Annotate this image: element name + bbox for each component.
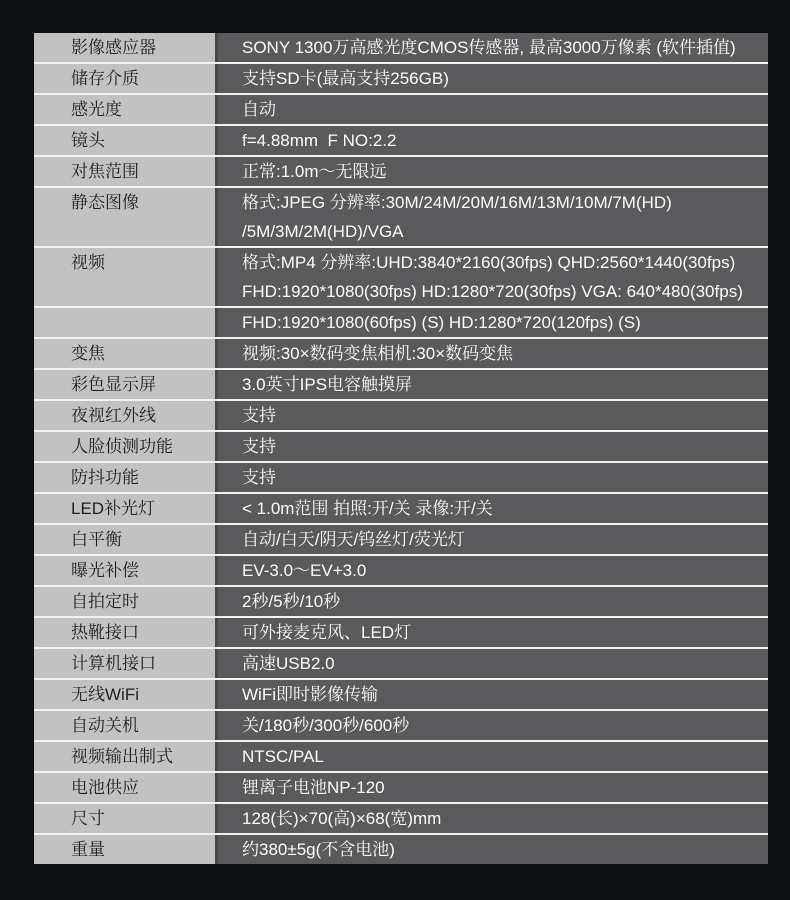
- spec-row: 感光度 自动: [34, 95, 768, 126]
- spec-row: 夜视红外线 支持: [34, 401, 768, 432]
- spec-label-cell: 重量: [34, 835, 215, 864]
- spec-value-cell: 可外接麦克风、LED灯: [215, 618, 768, 647]
- spec-label-cell: 镜头: [34, 126, 215, 155]
- spec-label-cell: 夜视红外线: [34, 401, 215, 430]
- spec-label-cell: [34, 308, 215, 337]
- spec-row: 电池供应 锂离子电池NP-120: [34, 773, 768, 804]
- spec-value-cell: 支持: [215, 463, 768, 492]
- spec-value-cell: 2秒/5秒/10秒: [215, 587, 768, 616]
- spec-value-cell: 自动: [215, 95, 768, 124]
- spec-value-cell: NTSC/PAL: [215, 742, 768, 771]
- spec-table: 影像感应器 SONY 1300万高感光度CMOS传感器, 最高3000万像素 (…: [34, 33, 768, 864]
- spec-label-cell: 尺寸: [34, 804, 215, 833]
- spec-value-cell: FHD:1920*1080(60fps) (S) HD:1280*720(120…: [215, 308, 768, 337]
- spec-value-cell: 128(长)×70(高)×68(宽)mm: [215, 804, 768, 833]
- spec-row: 变焦 视频:30×数码变焦相机:30×数码变焦: [34, 339, 768, 370]
- spec-value-cell: < 1.0m范围 拍照:开/关 录像:开/关: [215, 494, 768, 523]
- spec-value-cell: 自动/白天/阴天/钨丝灯/荧光灯: [215, 525, 768, 554]
- spec-row: LED补光灯 < 1.0m范围 拍照:开/关 录像:开/关: [34, 494, 768, 525]
- spec-value-cell: 锂离子电池NP-120: [215, 773, 768, 802]
- spec-label-cell: 对焦范围: [34, 157, 215, 186]
- spec-value-cell: 约380±5g(不含电池): [215, 835, 768, 864]
- spec-label-cell: 计算机接口: [34, 649, 215, 678]
- spec-value-cell: 格式:JPEG 分辨率:30M/24M/20M/16M/13M/10M/7M(H…: [215, 188, 768, 246]
- spec-row: 影像感应器 SONY 1300万高感光度CMOS传感器, 最高3000万像素 (…: [34, 33, 768, 64]
- spec-label-cell: 无线WiFi: [34, 680, 215, 709]
- spec-label-cell: 电池供应: [34, 773, 215, 802]
- spec-row: 视频输出制式 NTSC/PAL: [34, 742, 768, 773]
- spec-label-cell: 静态图像: [34, 188, 215, 246]
- spec-row: 储存介质 支持SD卡(最高支持256GB): [34, 64, 768, 95]
- spec-row: 尺寸 128(长)×70(高)×68(宽)mm: [34, 804, 768, 835]
- spec-value-cell: 支持SD卡(最高支持256GB): [215, 64, 768, 93]
- spec-label-cell: 彩色显示屏: [34, 370, 215, 399]
- spec-value-cell: 高速USB2.0: [215, 649, 768, 678]
- spec-value-cell: f=4.88mm F NO:2.2: [215, 126, 768, 155]
- spec-row: 自拍定时 2秒/5秒/10秒: [34, 587, 768, 618]
- spec-label-cell: 视频: [34, 248, 215, 306]
- spec-label-cell: 曝光补偿: [34, 556, 215, 585]
- spec-row: 计算机接口 高速USB2.0: [34, 649, 768, 680]
- spec-label-cell: 视频输出制式: [34, 742, 215, 771]
- spec-row: 无线WiFi WiFi即时影像传输: [34, 680, 768, 711]
- spec-value-cell: 正常:1.0m～无限远: [215, 157, 768, 186]
- spec-row: 彩色显示屏 3.0英寸IPS电容触摸屏: [34, 370, 768, 401]
- spec-row: 自动关机 关/180秒/300秒/600秒: [34, 711, 768, 742]
- spec-label-cell: 自拍定时: [34, 587, 215, 616]
- spec-row: FHD:1920*1080(60fps) (S) HD:1280*720(120…: [34, 308, 768, 339]
- spec-row: 对焦范围 正常:1.0m～无限远: [34, 157, 768, 188]
- spec-row: 视频 格式:MP4 分辨率:UHD:3840*2160(30fps) QHD:2…: [34, 248, 768, 308]
- spec-value-cell: 支持: [215, 432, 768, 461]
- spec-label-cell: 白平衡: [34, 525, 215, 554]
- spec-value-cell: 关/180秒/300秒/600秒: [215, 711, 768, 740]
- spec-row: 静态图像 格式:JPEG 分辨率:30M/24M/20M/16M/13M/10M…: [34, 188, 768, 248]
- spec-label-cell: 储存介质: [34, 64, 215, 93]
- spec-row: 镜头 f=4.88mm F NO:2.2: [34, 126, 768, 157]
- spec-value-cell: 支持: [215, 401, 768, 430]
- spec-label-cell: 防抖功能: [34, 463, 215, 492]
- spec-label-cell: 变焦: [34, 339, 215, 368]
- spec-label-cell: 热靴接口: [34, 618, 215, 647]
- spec-label-cell: 人脸侦测功能: [34, 432, 215, 461]
- spec-row: 重量 约380±5g(不含电池): [34, 835, 768, 864]
- spec-label-cell: LED补光灯: [34, 494, 215, 523]
- spec-row: 白平衡 自动/白天/阴天/钨丝灯/荧光灯: [34, 525, 768, 556]
- spec-value-cell: EV-3.0～EV+3.0: [215, 556, 768, 585]
- spec-label-cell: 感光度: [34, 95, 215, 124]
- spec-value-cell: SONY 1300万高感光度CMOS传感器, 最高3000万像素 (软件插值): [215, 33, 768, 62]
- spec-value-cell: 视频:30×数码变焦相机:30×数码变焦: [215, 339, 768, 368]
- spec-value-cell: 格式:MP4 分辨率:UHD:3840*2160(30fps) QHD:2560…: [215, 248, 768, 306]
- spec-row: 人脸侦测功能 支持: [34, 432, 768, 463]
- spec-value-cell: 3.0英寸IPS电容触摸屏: [215, 370, 768, 399]
- spec-label-cell: 影像感应器: [34, 33, 215, 62]
- spec-row: 曝光补偿 EV-3.0～EV+3.0: [34, 556, 768, 587]
- spec-label-cell: 自动关机: [34, 711, 215, 740]
- spec-row: 热靴接口 可外接麦克风、LED灯: [34, 618, 768, 649]
- spec-value-cell: WiFi即时影像传输: [215, 680, 768, 709]
- spec-row: 防抖功能 支持: [34, 463, 768, 494]
